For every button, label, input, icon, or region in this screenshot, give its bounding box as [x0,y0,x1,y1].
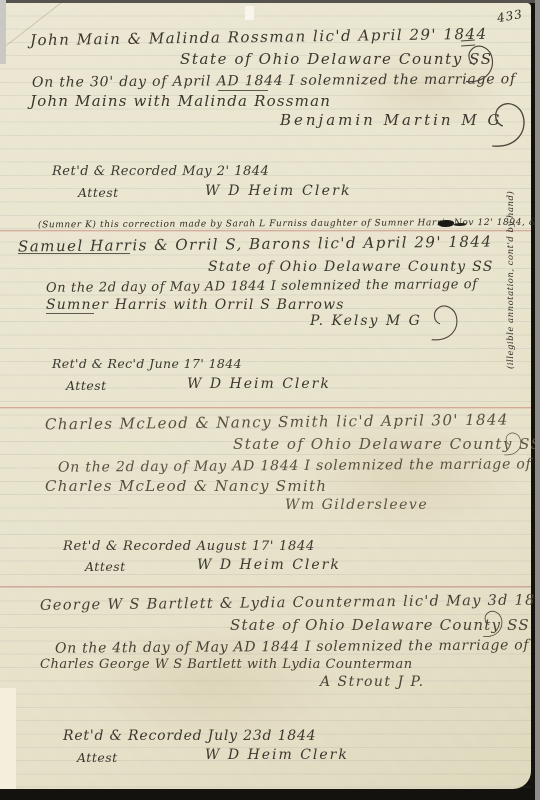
entry-1-signature: Benjamin Martin M G [280,113,502,128]
entry-2-header: Samuel Harris & Orril S, Barons lic'd Ap… [18,235,493,255]
attest-label: Attest [77,752,118,765]
clerk-signature: W D Heim Clerk [187,377,331,391]
return-4-line: Ret'd & Recorded July 23d 1844 [63,729,316,743]
entry-1-body-line-1: On the 30' day of April AD 1844 I solemn… [32,72,516,89]
header-end-dash [461,40,475,47]
entry-1-jurisdiction: State of Ohio Delaware County SS [180,52,493,67]
page-number: 433 [496,8,524,24]
scanned-ledger-screenshot: 433 John Main & Malinda Rossman lic'd Ap… [0,0,540,800]
entry-4-header: George W S Bartlett & Lydia Counterman l… [40,593,540,613]
entry-4-signature: A Strout J P. [320,675,425,689]
return-1-line: Ret'd & Recorded May 2' 1844 [52,165,269,178]
attest-label: Attest [85,561,126,574]
scan-top-edge [0,0,540,3]
red-rule-line [0,586,531,587]
entry-3-header: Charles McLeod & Nancy Smith lic'd April… [45,413,509,433]
entry-4-body-line-1: On the 4th day of May AD 1844 I solemniz… [55,638,529,655]
vertical-marginal-note: (illegible annotation, cont'd by hand) [506,209,516,369]
entry-1-header: John Main & Malinda Rossman lic'd April … [30,27,488,48]
clerk-signature: W D Heim Clerk [197,558,341,572]
underline-mark [18,253,130,254]
entry-3-signature: Wm Gildersleeve [285,498,428,512]
entry-2-jurisdiction: State of Ohio Delaware County SS [208,260,494,274]
entry-3-body-line-2: Charles McLeod & Nancy Smith [45,479,327,494]
underline-mark [46,313,94,314]
clerk-signature: W D Heim Clerk [205,748,349,762]
signature-flourish-icon [428,303,462,343]
return-3-line: Ret'd & Recorded August 17' 1844 [63,540,315,553]
paper-notch [245,6,254,20]
underline-mark [218,90,268,91]
ledger-page: 433 John Main & Malinda Rossman lic'd Ap… [0,3,531,789]
page-edge-light-strip [0,688,16,789]
clerk-signature: W D Heim Clerk [205,184,352,198]
attest-label: Attest [66,380,107,393]
entry-3-jurisdiction: State of Ohio Delaware County SS [233,437,540,452]
scan-right-edge [535,0,540,800]
entry-4-body-line-2: Charles George W S Bartlett with Lydia C… [40,658,413,671]
return-2-line: Ret'd & Rec'd June 17' 1844 [52,358,242,371]
entry-1-body-line-2: John Mains with Malinda Rossman [30,94,331,109]
entry-4-jurisdiction: State of Ohio Delaware County SS [230,618,530,633]
red-rule-line [0,407,531,408]
entry-2-signature: P. Kelsy M G [310,314,422,328]
ink-blot [438,220,454,227]
attest-label: Attest [78,187,119,200]
entry-2-body-line-1: On the 2d day of May AD 1844 I solemnize… [46,278,478,295]
scan-left-edge [0,0,6,64]
correction-note: (Sumner K) this correction made by Sarah… [38,219,540,231]
entry-3-body-line-1: On the 2d day of May AD 1844 I solemnize… [58,457,532,474]
entry-2-body-line-2: Sumner Harris with Orril S Barrows [46,298,345,312]
